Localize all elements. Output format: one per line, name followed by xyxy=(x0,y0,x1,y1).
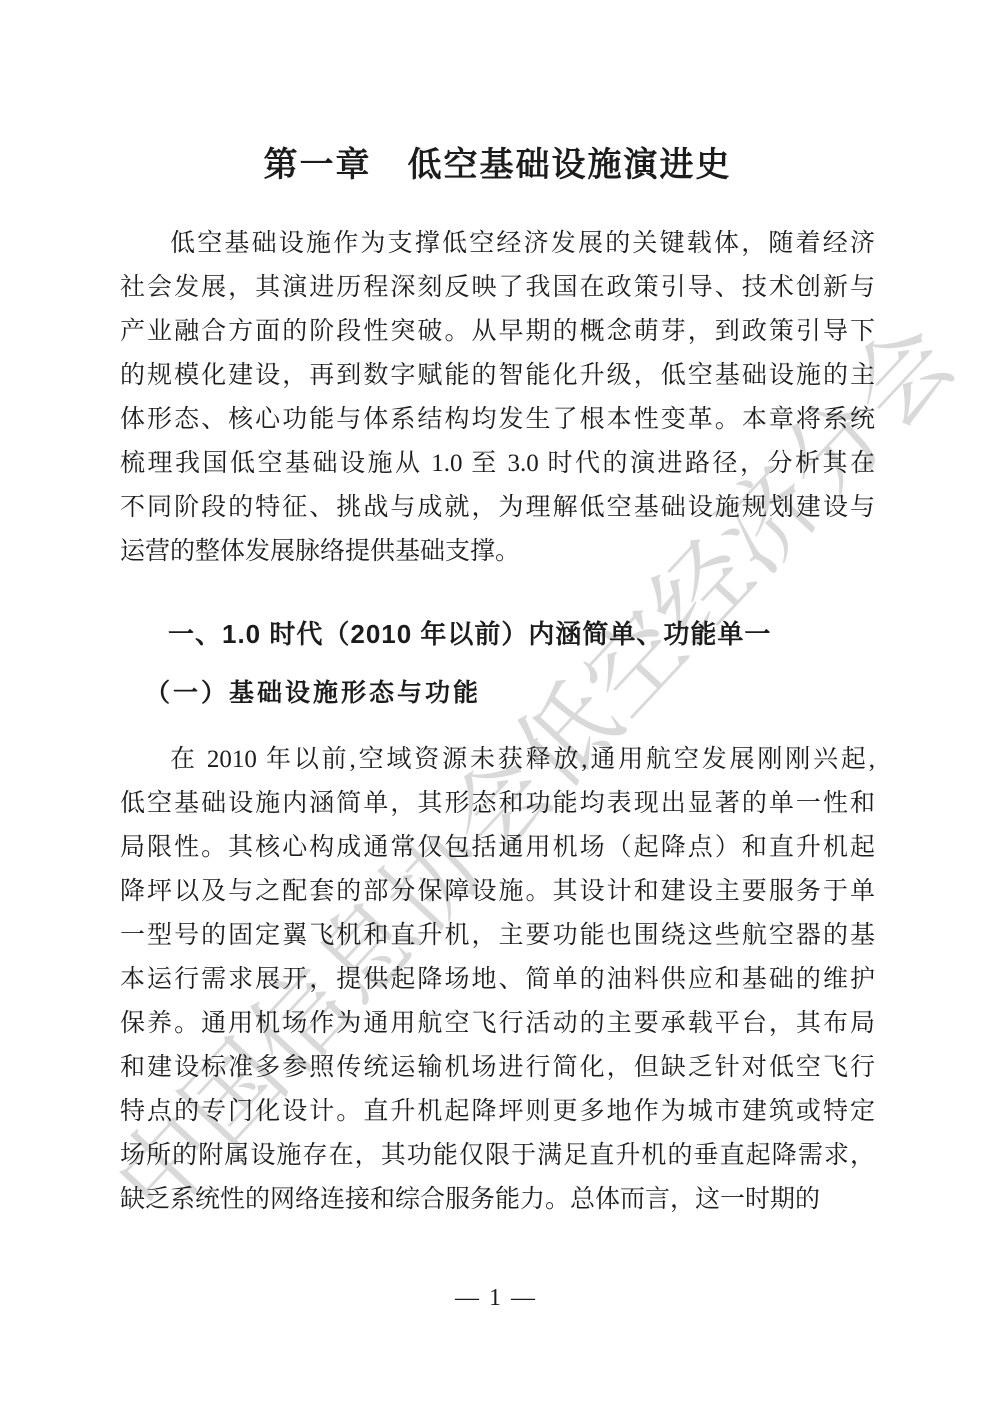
text-line: 缺乏系统性的网络连接和综合服务能力。总体而言，这一时期的 xyxy=(120,1178,875,1222)
text-line: 在 2010 年以前,空域资源未获释放,通用航空发展刚刚兴起, xyxy=(120,738,875,782)
text-line: 产业融合方面的阶段性突破。从早期的概念萌芽，到政策引导下 xyxy=(120,310,875,354)
chapter-title: 第一章 低空基础设施演进史 xyxy=(120,140,875,192)
text-line: 局限性。其核心构成通常仅包括通用机场（起降点）和直升机起 xyxy=(120,826,875,870)
intro-paragraph: 低空基础设施作为支撑低空经济发展的关键载体，随着经济社会发展，其演进历程深刻反映… xyxy=(120,222,875,574)
text-line: 保养。通用机场作为通用航空飞行活动的主要承载平台，其布局 xyxy=(120,1002,875,1046)
text-line: 场所的附属设施存在，其功能仅限于满足直升机的垂直起降需求， xyxy=(120,1134,875,1178)
body-paragraph: 在 2010 年以前,空域资源未获释放,通用航空发展刚刚兴起,低空基础设施内涵简… xyxy=(120,738,875,1222)
text-line: 社会发展，其演进历程深刻反映了我国在政策引导、技术创新与 xyxy=(120,266,875,310)
page-number: — 1 — xyxy=(0,1283,992,1313)
sub-heading: （一）基础设施形态与功能 xyxy=(120,672,875,716)
text-line: 降坪以及与之配套的部分保障设施。其设计和建设主要服务于单 xyxy=(120,870,875,914)
text-line: 的规模化建设，再到数字赋能的智能化升级，低空基础设施的主 xyxy=(120,354,875,398)
text-line: 和建设标准多参照传统运输机场进行简化，但缺乏针对低空飞行 xyxy=(120,1046,875,1090)
text-line: 一型号的固定翼飞机和直升机，主要功能也围绕这些航空器的基 xyxy=(120,914,875,958)
section-heading: 一、1.0 时代（2010 年以前）内涵简单、功能单一 xyxy=(120,610,875,658)
text-line: 梳理我国低空基础设施从 1.0 至 3.0 时代的演进路径，分析其在 xyxy=(120,442,875,486)
text-line: 本运行需求展开，提供起降场地、简单的油料供应和基础的维护 xyxy=(120,958,875,1002)
text-line: 特点的专门化设计。直升机起降坪则更多地作为城市建筑或特定 xyxy=(120,1090,875,1134)
text-line: 不同阶段的特征、挑战与成就，为理解低空基础设施规划建设与 xyxy=(120,486,875,530)
text-line: 低空基础设施作为支撑低空经济发展的关键载体，随着经济 xyxy=(120,222,875,266)
text-line: 低空基础设施内涵简单，其形态和功能均表现出显著的单一性和 xyxy=(120,782,875,826)
page-content: 第一章 低空基础设施演进史 低空基础设施作为支撑低空经济发展的关键载体，随着经济… xyxy=(120,0,875,1222)
document-page: 中国信息协会低空经济分会 第一章 低空基础设施演进史 低空基础设施作为支撑低空经… xyxy=(0,0,992,1403)
text-line: 运营的整体发展脉络提供基础支撑。 xyxy=(120,530,875,574)
text-line: 体形态、核心功能与体系结构均发生了根本性变革。本章将系统 xyxy=(120,398,875,442)
